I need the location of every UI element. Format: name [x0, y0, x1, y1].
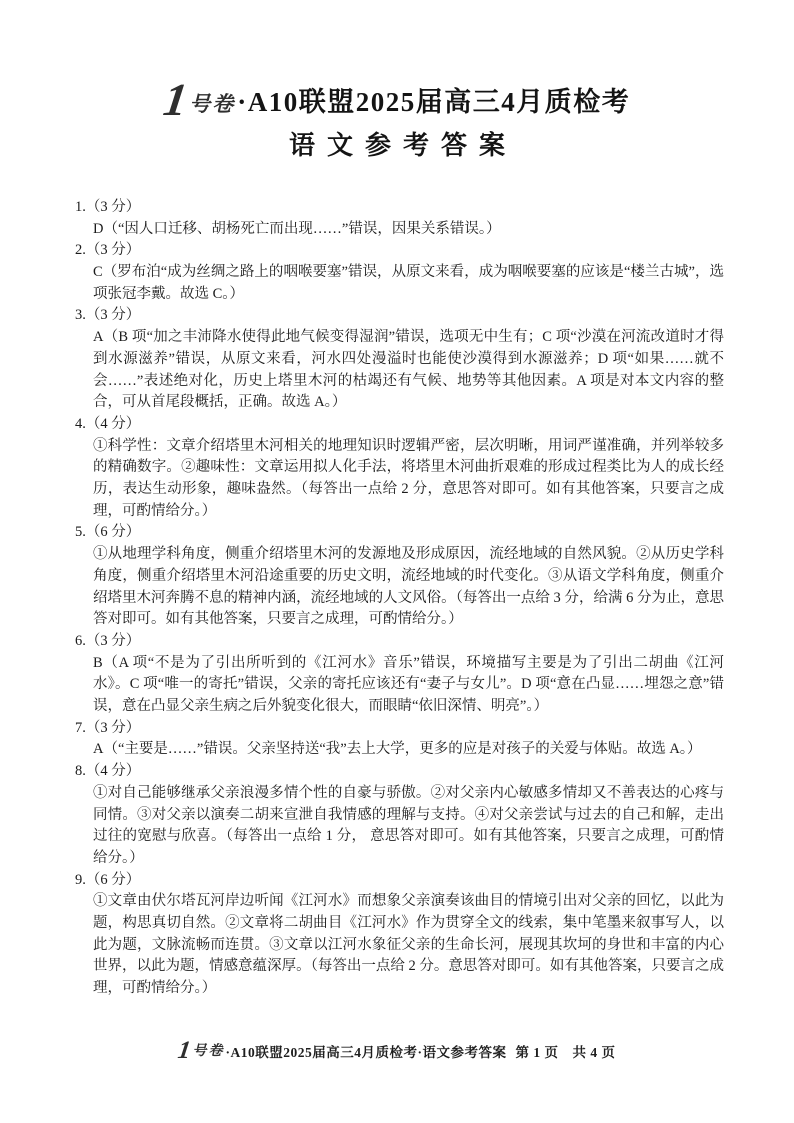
answer-item-label: 9.（6 分）: [75, 870, 724, 892]
answer-item-label: 5.（6 分）: [75, 522, 724, 544]
document-subtitle: 语文参考答案: [0, 125, 794, 162]
document-header: 1 号卷 ·A10联盟2025届高三4月质检考 语文参考答案: [0, 0, 794, 162]
answer-item: 5.（6 分） ①从地理学科角度，侧重介绍塔里木河的发源地及形成原因，流经地域的…: [75, 522, 724, 631]
page-footer: 1 号卷 ·A10联盟2025届高三4月质检考·语文参考答案 第 1 页 共 4…: [0, 1040, 794, 1061]
footer-brand-script-label: 号卷: [192, 1040, 224, 1060]
answer-item-body: B（A 项“不是为了引出所听到的《江河水》音乐”错误，环境描写主要是为了引出二胡…: [93, 653, 724, 718]
answer-item-label: 7.（3 分）: [75, 718, 724, 740]
answer-item-body: C（罗布泊“成为丝绸之路上的咽喉要塞”错误，从原文来看，成为咽喉要塞的应该是“楼…: [93, 262, 724, 305]
document-page: 1 号卷 ·A10联盟2025届高三4月质检考 语文参考答案 1.（3 分） D…: [0, 0, 794, 1123]
answer-item-label: 4.（4 分）: [75, 414, 724, 436]
answer-item: 7.（3 分） A（“主要是……”错误。父亲坚持送“我”去上大学，更多的应是对孩…: [75, 718, 724, 761]
brand-script-label: 号卷: [189, 93, 235, 116]
footer-page-total: 共 4 页: [573, 1041, 616, 1061]
document-title: 1 号卷 ·A10联盟2025届高三4月质检考: [0, 82, 794, 118]
answer-item: 9.（6 分） ①文章由伏尔塔瓦河岸边听闻《江河水》而想象父亲演奏该曲目的情境引…: [75, 870, 724, 1000]
answer-item-body: A（B 项“加之丰沛降水使得此地气候变得湿润”错误，选项无中生有；C 项“沙漠在…: [93, 327, 724, 414]
answer-item-label: 2.（3 分）: [75, 240, 724, 262]
answers-list: 1.（3 分） D（“因人口迁移、胡杨死亡而出现……”错误，因果关系错误。） 2…: [0, 197, 794, 1000]
answer-item-body: D（“因人口迁移、胡杨死亡而出现……”错误，因果关系错误。）: [93, 219, 724, 241]
answer-item-body: ①科学性：文章介绍塔里木河相关的地理知识时逻辑严密，层次明晰，用词严谨准确，并列…: [93, 436, 724, 523]
answer-item: 4.（4 分） ①科学性：文章介绍塔里木河相关的地理知识时逻辑严密，层次明晰，用…: [75, 414, 724, 523]
answer-item: 6.（3 分） B（A 项“不是为了引出所听到的《江河水》音乐”错误，环境描写主…: [75, 631, 724, 718]
footer-title-text: ·A10联盟2025届高三4月质检考·语文参考答案: [225, 1041, 506, 1061]
answer-item: 8.（4 分） ①对自己能够继承父亲浪漫多情个性的自豪与骄傲。②对父亲内心敏感多…: [75, 761, 724, 870]
footer-page-number: 第 1 页: [516, 1041, 559, 1061]
answer-item-label: 6.（3 分）: [75, 631, 724, 653]
answer-item: 3.（3 分） A（B 项“加之丰沛降水使得此地气候变得湿润”错误，选项无中生有…: [75, 305, 724, 414]
answer-item-body: ①文章由伏尔塔瓦河岸边听闻《江河水》而想象父亲演奏该曲目的情境引出对父亲的回忆，…: [93, 891, 724, 1000]
title-text: ·A10联盟2025届高三4月质检考: [237, 88, 630, 118]
answer-item-body: A（“主要是……”错误。父亲坚持送“我”去上大学，更多的应是对孩子的关爱与体贴。…: [93, 739, 724, 761]
answer-item-label: 1.（3 分）: [75, 197, 724, 219]
answer-item-body: ①对自己能够继承父亲浪漫多情个性的自豪与骄傲。②对父亲内心敏感多情却又不善表达的…: [93, 783, 724, 870]
answer-item: 2.（3 分） C（罗布泊“成为丝绸之路上的咽喉要塞”错误，从原文来看，成为咽喉…: [75, 240, 724, 305]
answer-item-label: 3.（3 分）: [75, 305, 724, 327]
answer-item-label: 8.（4 分）: [75, 761, 724, 783]
answer-item-body: ①从地理学科角度，侧重介绍塔里木河的发源地及形成原因，流经地域的自然风貌。②从历…: [93, 544, 724, 631]
answer-item: 1.（3 分） D（“因人口迁移、胡杨死亡而出现……”错误，因果关系错误。）: [75, 197, 724, 240]
footer-brand-numeral-logo: 1: [177, 1041, 193, 1061]
brand-numeral-logo: 1: [161, 82, 191, 118]
